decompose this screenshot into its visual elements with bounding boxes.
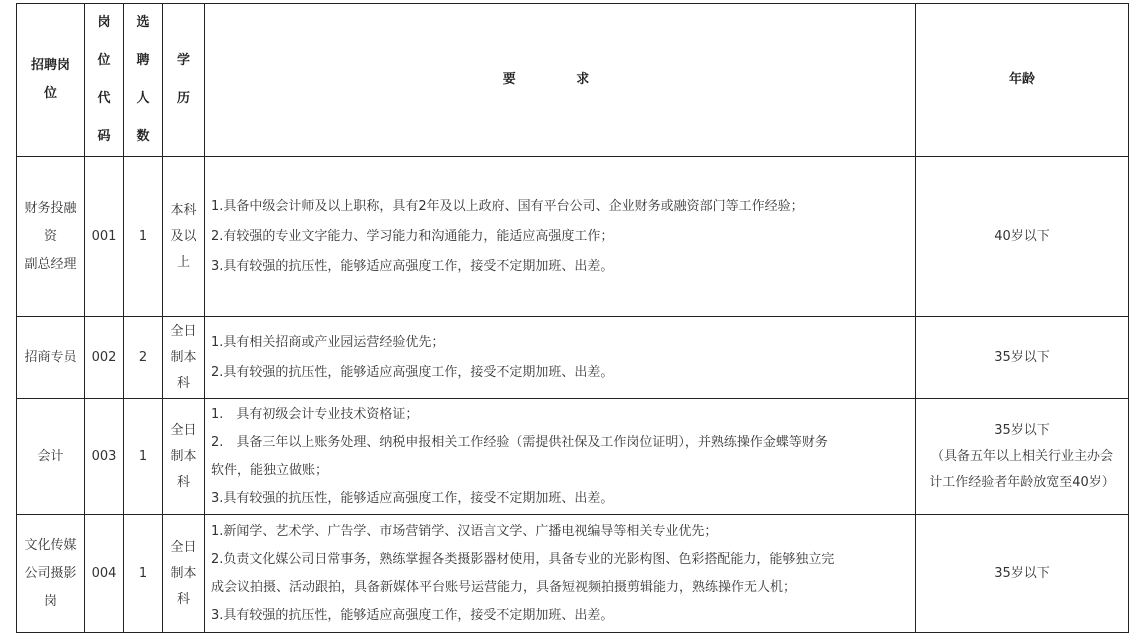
table-row: 会计 003 1 全日 制本 科 1. 具有初级会计专业技术资格证； 2. 具备… [17,399,1129,515]
header-education: 学 历 [163,4,205,157]
age-line: 计工作经验者年龄放宽至40岁） [916,470,1128,496]
position-line: 岗 [17,588,84,616]
cell-code: 004 [85,515,124,633]
cell-age: 40岁以下 [916,157,1129,317]
requirement-line: 3.具有较强的抗压性，能够适应高强度工作，接受不定期加班、出差。 [211,252,915,282]
cell-education: 全日 制本 科 [163,515,205,633]
cell-count: 1 [124,515,163,633]
cell-requirements: 1.新闻学、艺术学、广告学、市场营销学、汉语言文学、广播电视编导等相关专业优先；… [205,515,916,633]
age-line: 35岁以下 [916,418,1128,444]
header-age: 年龄 [916,4,1129,157]
header-requirements: 要 求 [205,4,916,157]
header-education-char: 学 [163,42,204,80]
age-line: 35岁以下 [916,561,1128,587]
education-line: 全日 [163,535,204,561]
header-count-char: 数 [124,118,162,156]
age-line: （具备五年以上相关行业主办会 [916,444,1128,470]
header-requirements-label: 要 求 [503,72,618,87]
header-code-char: 位 [85,42,123,80]
cell-age: 35岁以下 （具备五年以上相关行业主办会 计工作经验者年龄放宽至40岁） [916,399,1129,515]
cell-code: 001 [85,157,124,317]
requirement-line: 软件，能独立做账； [211,457,915,485]
header-count-char: 人 [124,80,162,118]
requirement-line: 1.具备中级会计师及以上职称，具有2年及以上政府、国有平台公司、企业财务或融资部… [211,192,915,222]
cell-age: 35岁以下 [916,317,1129,399]
header-code-char: 岗 [85,4,123,42]
education-line: 本科 [163,198,204,224]
education-line: 制本 [163,444,204,470]
education-line: 全日 [163,319,204,345]
requirement-line: 成会议拍摄、活动跟拍，具备新媒体平台账号运营能力，具备短视频拍摄剪辑能力，熟练操… [211,574,915,602]
header-code: 岗 位 代 码 [85,4,124,157]
education-line: 及以 [163,224,204,250]
header-position: 招聘岗 位 [17,4,85,157]
requirement-line: 1. 具有初级会计专业技术资格证； [211,401,915,429]
position-line: 公司摄影 [17,560,84,588]
header-code-char: 码 [85,118,123,156]
cell-education: 全日 制本 科 [163,317,205,399]
position-line: 副总经理 [17,251,84,279]
header-count-char: 聘 [124,42,162,80]
requirement-line: 1.具有相关招商或产业园运营经验优先； [211,328,915,358]
header-position-line: 位 [17,80,84,108]
requirement-line: 2.具有较强的抗压性，能够适应高强度工作，接受不定期加班、出差。 [211,358,915,388]
education-line: 制本 [163,345,204,371]
age-line: 40岁以下 [916,224,1128,250]
education-line: 科 [163,371,204,397]
cell-requirements: 1.具有相关招商或产业园运营经验优先； 2.具有较强的抗压性，能够适应高强度工作… [205,317,916,399]
education-line: 上 [163,250,204,276]
header-row: 招聘岗 位 岗 位 代 码 选 聘 人 数 学 历 要 求 [17,4,1129,157]
table-row: 财务投融 资 副总经理 001 1 本科 及以 上 1.具备中级会计师及以上职称… [17,157,1129,317]
cell-position: 财务投融 资 副总经理 [17,157,85,317]
cell-code: 003 [85,399,124,515]
education-line: 科 [163,470,204,496]
age-line: 35岁以下 [916,345,1128,371]
requirement-line: 1.新闻学、艺术学、广告学、市场营销学、汉语言文学、广播电视编导等相关专业优先； [211,518,915,546]
education-line: 制本 [163,561,204,587]
cell-education: 全日 制本 科 [163,399,205,515]
position-line: 文化传媒 [17,532,84,560]
position-line: 资 [17,223,84,251]
requirement-line: 2.有较强的专业文字能力、学习能力和沟通能力，能适应高强度工作； [211,222,915,252]
education-line: 全日 [163,418,204,444]
header-code-char: 代 [85,80,123,118]
recruitment-table: 招聘岗 位 岗 位 代 码 选 聘 人 数 学 历 要 求 [16,3,1129,633]
cell-count: 1 [124,157,163,317]
cell-code: 002 [85,317,124,399]
cell-position: 会计 [17,399,85,515]
header-education-char: 历 [163,80,204,118]
cell-requirements: 1. 具有初级会计专业技术资格证； 2. 具备三年以上账务处理、纳税申报相关工作… [205,399,916,515]
requirement-line: 3.具有较强的抗压性，能够适应高强度工作，接受不定期加班、出差。 [211,485,915,513]
header-age-label: 年龄 [1009,72,1035,87]
table-row: 招商专员 002 2 全日 制本 科 1.具有相关招商或产业园运营经验优先； 2… [17,317,1129,399]
cell-count: 2 [124,317,163,399]
position-line: 招商专员 [17,344,84,372]
cell-count: 1 [124,399,163,515]
cell-age: 35岁以下 [916,515,1129,633]
requirement-line: 2. 具备三年以上账务处理、纳税申报相关工作经验（需提供社保及工作岗位证明），并… [211,429,915,457]
education-line: 科 [163,587,204,613]
cell-position: 文化传媒 公司摄影 岗 [17,515,85,633]
requirement-line: 3.具有较强的抗压性，能够适应高强度工作，接受不定期加班、出差。 [211,602,915,630]
cell-education: 本科 及以 上 [163,157,205,317]
position-line: 会计 [17,443,84,471]
table-row: 文化传媒 公司摄影 岗 004 1 全日 制本 科 1.新闻学、艺术学、广告学、… [17,515,1129,633]
cell-requirements: 1.具备中级会计师及以上职称，具有2年及以上政府、国有平台公司、企业财务或融资部… [205,157,916,317]
header-count-char: 选 [124,4,162,42]
header-position-line: 招聘岗 [17,52,84,80]
requirement-line: 2.负责文化媒公司日常事务，熟练掌握各类摄影器材使用，具备专业的光影构图、色彩搭… [211,546,915,574]
position-line: 财务投融 [17,195,84,223]
cell-position: 招商专员 [17,317,85,399]
header-count: 选 聘 人 数 [124,4,163,157]
